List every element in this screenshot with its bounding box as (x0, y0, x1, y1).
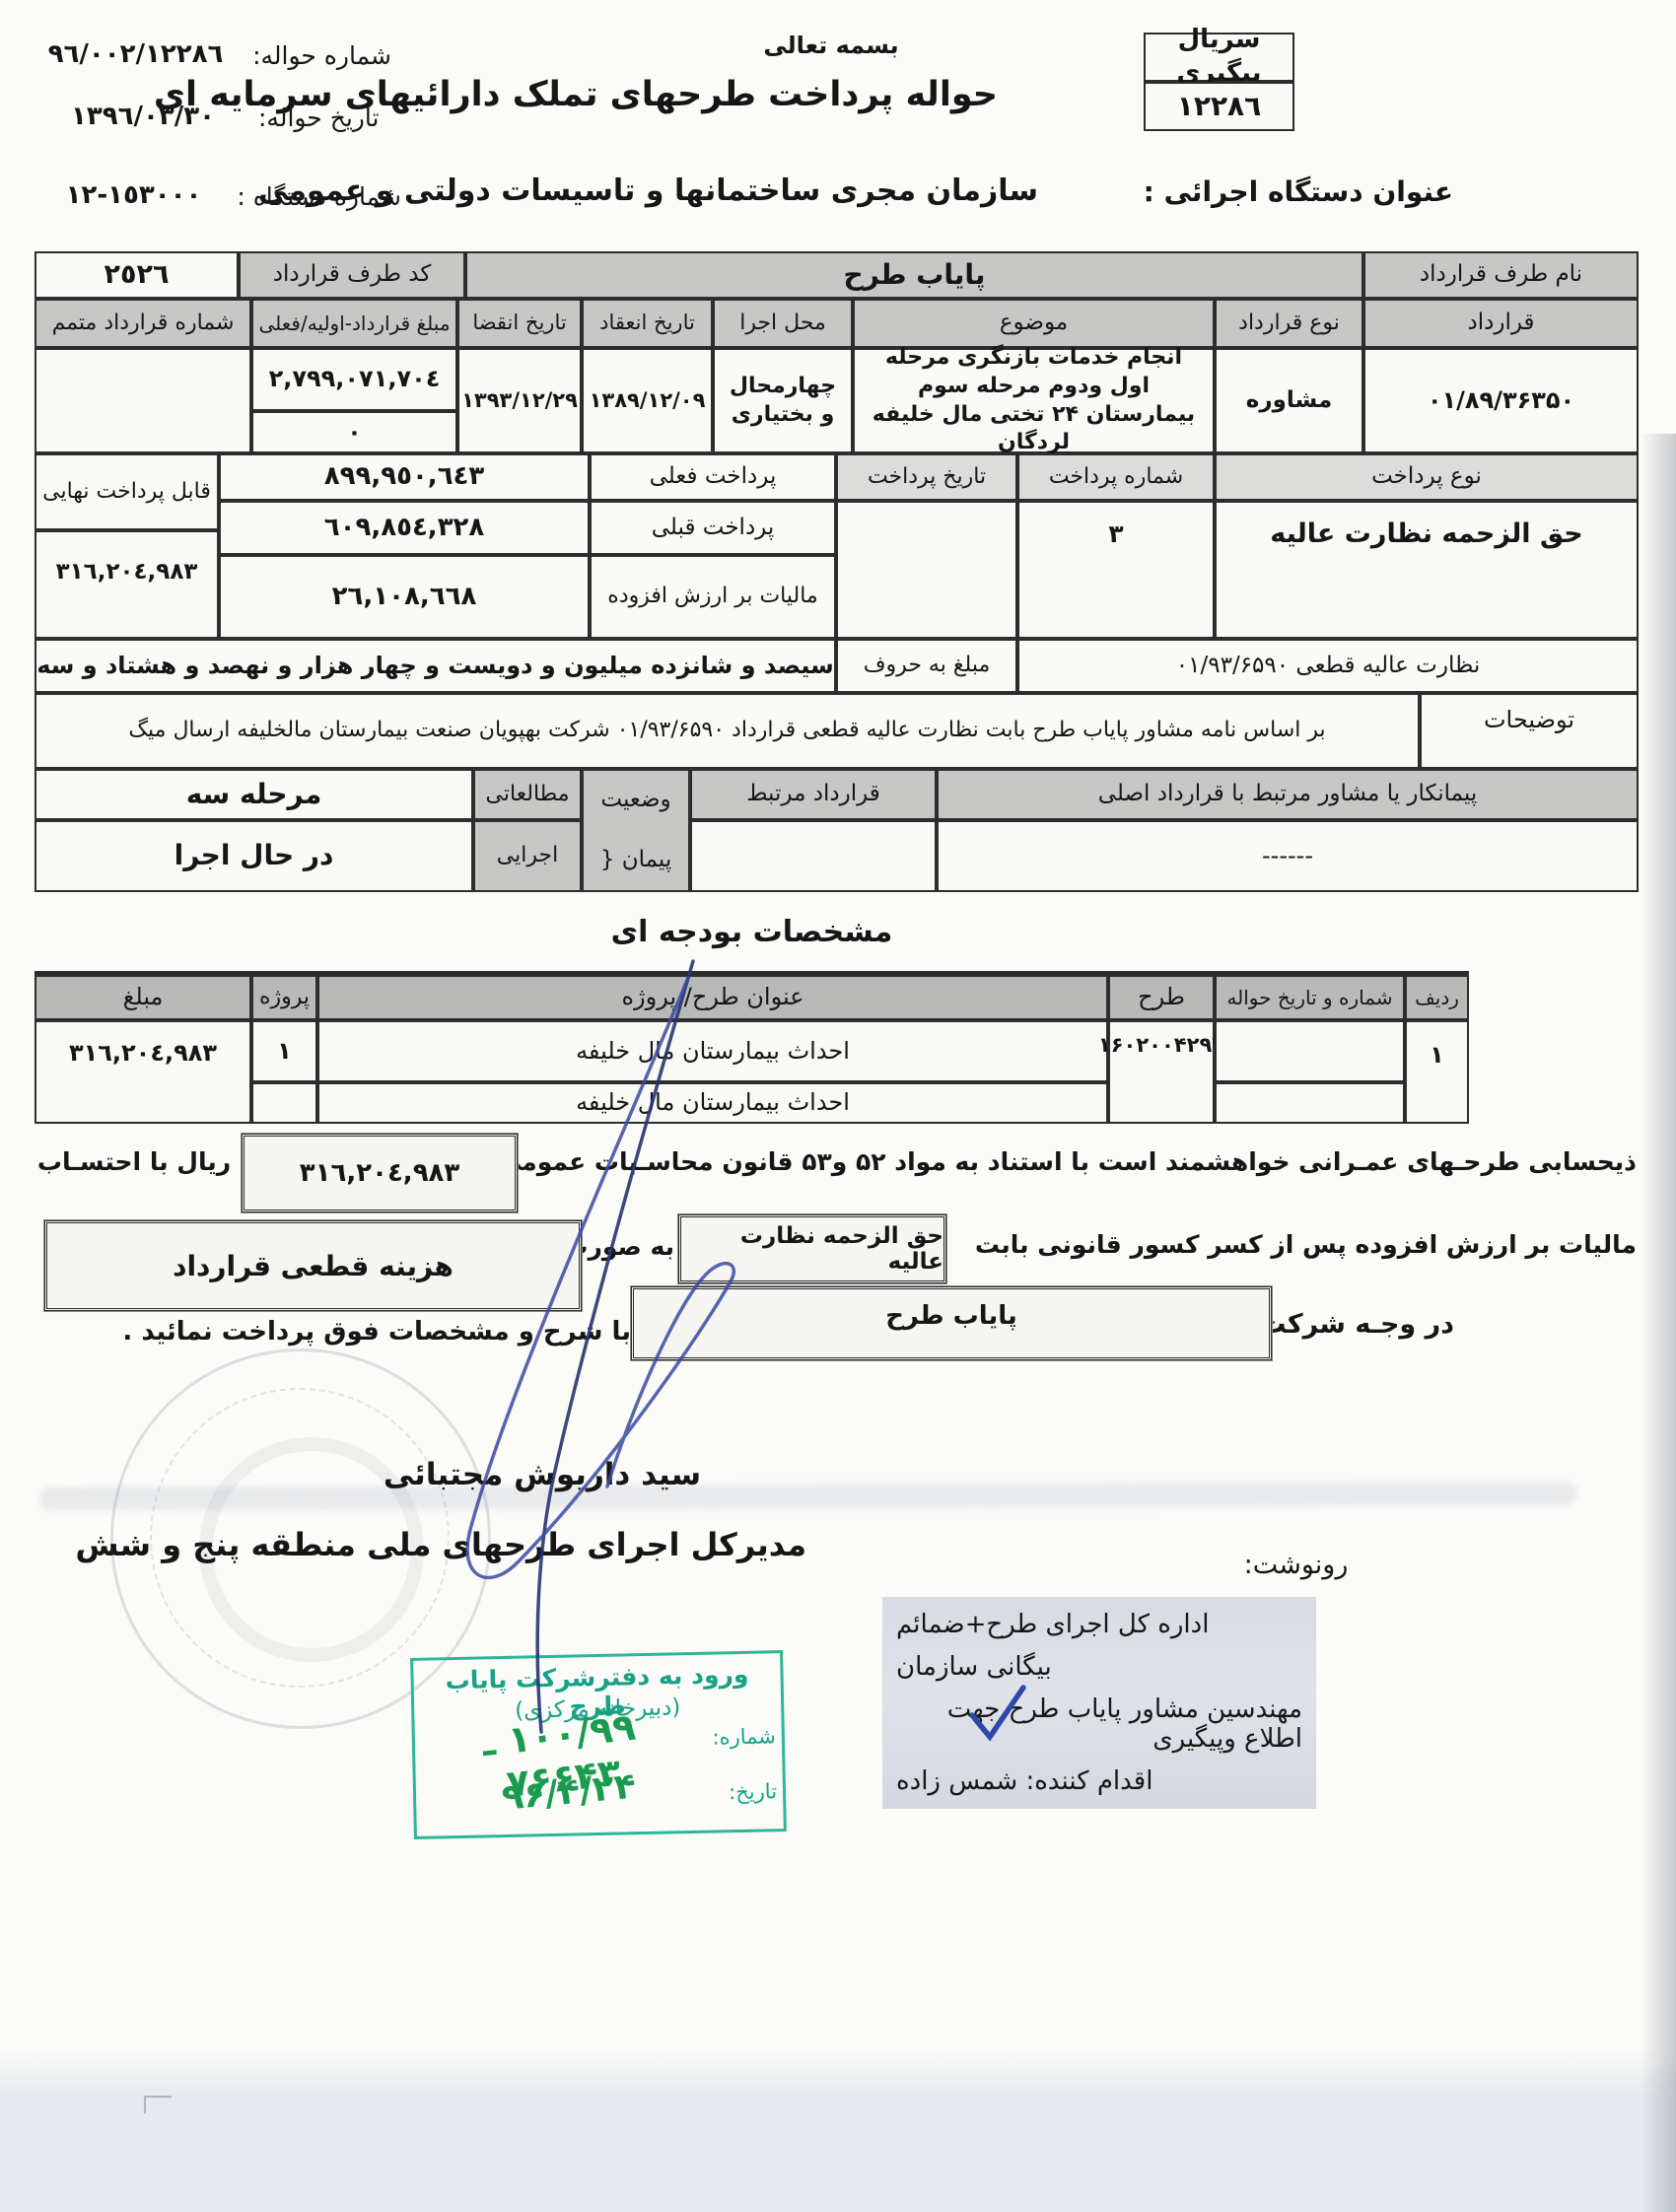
current-payment-label: پرداخت فعلی (590, 453, 836, 501)
previous-payment-label: پرداخت قبلی (590, 501, 836, 555)
auth-line1-part1: ذیحسابی طرحـهای عمـرانی خواهشمند است با … (518, 1147, 1637, 1176)
exec-status-label: اجرایی (473, 820, 582, 892)
contract-state-word1: وضعیت (600, 786, 670, 815)
col-subject: موضوع (853, 299, 1215, 348)
payment-type-header: نوع پرداخت (1215, 453, 1639, 501)
auth-line2-part1: مالیات بر ارزش افزوده پس از کسر کسور قان… (948, 1230, 1637, 1259)
payment-number-value: ٣ (1017, 501, 1215, 639)
cc-item-2: بیگانی سازمان (896, 1652, 1052, 1682)
payment-type-value: حق الزحمه نظارت عالیه (1215, 501, 1639, 639)
contract-state-word2: پیمان { (600, 846, 671, 875)
auth-line2-part2: به صورت (586, 1232, 674, 1261)
study-status-value: مرحله سه (35, 769, 473, 820)
final-payable-value: ٣١٦,٢٠٤,٩٨٣ (35, 530, 219, 639)
col-supplement-contract: شماره قرارداد متمم (35, 299, 251, 348)
payment-date-value (836, 501, 1017, 639)
budget-row-project-b (251, 1082, 317, 1124)
contract-amount-current: ٠ (251, 411, 457, 453)
previous-payment-value: ٦٠٩,٨٥٤,٣٢٨ (219, 501, 590, 555)
executive-agency-label: عنوان دستگاه اجرائی : (1207, 175, 1453, 208)
ref-date-label: تاریخ حواله: (258, 104, 391, 132)
col-sign-date: تاریخ انعقاد (582, 299, 713, 348)
auth-amount-box: ٣١٦,٢٠٤,٩٨٣ (242, 1134, 518, 1212)
contract-no-value: ۰۱/۸۹/۳۶۳۵۰ (1363, 348, 1639, 453)
related-party-value: ------ (937, 820, 1639, 892)
col-contract-no: قرارداد (1363, 299, 1639, 348)
amount-in-words-label: مبلغ به حروف (836, 639, 1017, 693)
budget-col-amount: مبلغ (35, 971, 251, 1020)
auth-line3-part1: در وجـه شرکت (1277, 1309, 1454, 1340)
col-contract-amount: مبلغ قرارداد-اولیه/فعلی (251, 299, 457, 348)
cc-item-1: اداره کل اجرای طرح+ضمائم (896, 1610, 1209, 1639)
payment-number-header: شماره پرداخت (1017, 453, 1215, 501)
budget-col-project: پروژه (251, 971, 317, 1020)
cc-list: اداره کل اجرای طرح+ضمائم بیگانی سازمان م… (882, 1597, 1316, 1809)
budget-row-ref-b (1215, 1082, 1405, 1124)
budget-col-title: عنوان طرح/ پروژه (317, 971, 1108, 1020)
current-payment-value: ٨٩٩,٩٥٠,٦٤٣ (219, 453, 590, 501)
vat-value: ٢٦,١٠٨,٦٦٨ (219, 555, 590, 639)
scan-edge-right (1641, 434, 1676, 2212)
auth-for-box: حق الزحمه نظارت عالیه (678, 1214, 946, 1283)
related-party-label: پیمانکار یا مشاور مرتبط با قرارداد اصلی (937, 769, 1639, 820)
auth-payee-box: پایاب طرح (631, 1286, 1272, 1360)
col-expiry-date: تاریخ انقضا (457, 299, 582, 348)
budget-title: مشخصات بودجه ای (35, 915, 1469, 949)
tracking-serial-value: ١٢٢٨٦ (1144, 82, 1294, 131)
auth-line3-part2: با شرح و مشخصات فوق پرداخت نمائید . (244, 1317, 631, 1347)
remarks-value: بر اساس نامه مشاور پایاب طرح بابت نظارت … (35, 693, 1420, 769)
scan-band-bottom (0, 2048, 1676, 2212)
signer-title: مدیرکل اجرای طرحهای ملی منطقه پنج و شش (126, 1526, 806, 1563)
contract-type-value: مشاوره (1215, 348, 1363, 453)
subject-value: انجام خدمات بازنگری مرحله اول ودوم مرحله… (853, 348, 1215, 453)
contract-amount-initial: ٢,٧٩٩,٠٧١,٧٠٤ (251, 348, 457, 411)
ref-date-value: ١٣٩٦/٠٣/٣٠ (54, 102, 232, 131)
final-payable-label: قابل پرداخت نهایی (35, 453, 219, 530)
sign-date-value: ۱۳۸۹/۱۲/۰۹ (582, 348, 713, 453)
related-contract-value (690, 820, 937, 892)
executive-agency-value: سازمان مجری ساختمانها و تاسیسات دولتی و … (148, 173, 1149, 208)
payment-basis: نظارت عالیه قطعی ۰۱/۹۳/۶۵۹۰ (1017, 639, 1639, 693)
auth-type-box: هزینه قطعی قرارداد (44, 1220, 582, 1311)
contract-state-label: وضعیت پیمان { (582, 769, 690, 892)
budget-row-plan: ۱۶۰۲۰۰۴۲۹۴ (1108, 1020, 1215, 1124)
signer-name: سید داریوش مجتبائی (335, 1457, 749, 1492)
budget-col-ref: شماره و تاریخ حواله (1215, 971, 1405, 1020)
payment-date-header: تاریخ پرداخت (836, 453, 1017, 501)
budget-row-ref (1215, 1020, 1405, 1082)
entry-stamp-number-label: شماره: (712, 1724, 776, 1749)
exec-status-value: در حال اجرا (35, 820, 473, 892)
bismillah: بسمه تعالی (747, 32, 915, 59)
related-contract-label: قرارداد مرتبط (690, 769, 937, 820)
budget-row-amount: ٣١٦,٢٠٤,٩٨٣ (35, 1020, 251, 1124)
scan-mark-bottom-left (144, 2096, 172, 2113)
budget-col-plan: طرح (1108, 971, 1215, 1020)
party-code-label: کد طرف قرارداد (239, 251, 465, 299)
cc-item-3: مهندسین مشاور پایاب طرح جهت اطلاع وپیگیر… (896, 1694, 1302, 1754)
budget-row-title-1: احداث بیمارستان مال خلیفه (317, 1020, 1108, 1082)
amount-in-words-value: سیصد و شانزده میلیون و دویست و چهار هزار… (35, 639, 836, 693)
tracking-serial-label: سریال پیگیری (1144, 33, 1294, 82)
party-name-value: پایاب طرح (465, 251, 1363, 299)
vat-label: مالیات بر ارزش افزوده (590, 555, 836, 639)
document-title: حواله پرداخت طرحهای تملک دارائیهای سرمای… (296, 75, 998, 114)
entry-stamp: ورود به دفترشرکت پایاب طرح (دبیرخانه مرک… (410, 1650, 787, 1839)
col-location: محل اجرا (713, 299, 853, 348)
auth-line1-part2: ریال با احتسـاب (35, 1147, 233, 1176)
budget-row-title-2: احداث بیمارستان مال خلیفه (317, 1082, 1108, 1124)
col-contract-type: نوع قرارداد (1215, 299, 1363, 348)
ref-no-label: شماره حواله: (258, 41, 391, 70)
location-value: چهارمحال و بختیاری (713, 348, 853, 453)
remarks-label: توضیحات (1420, 693, 1639, 769)
expiry-date-value: ۱۳۹۳/۱۲/۲۹ (457, 348, 582, 453)
budget-col-rowno: ردیف (1405, 971, 1469, 1020)
party-name-label: نام طرف قرارداد (1363, 251, 1639, 299)
budget-row-project: ۱ (251, 1020, 317, 1082)
ref-no-value: ٩٦/٠٠٢/١٢٢٨٦ (35, 39, 237, 69)
scanned-payment-order-document: سریال پیگیری ١٢٢٨٦ بسمه تعالی حواله پردا… (0, 0, 1676, 2212)
supplement-contract-value (35, 348, 251, 453)
cc-item-4: اقدام کننده: شمس زاده (896, 1766, 1152, 1796)
budget-row-no: ۱ (1405, 1020, 1469, 1124)
study-status-label: مطالعاتی (473, 769, 582, 820)
cc-label: رونوشت: (1234, 1550, 1358, 1580)
party-code-value: ٢٥٢٦ (35, 251, 239, 299)
entry-stamp-date-label: تاریخ: (729, 1779, 777, 1804)
